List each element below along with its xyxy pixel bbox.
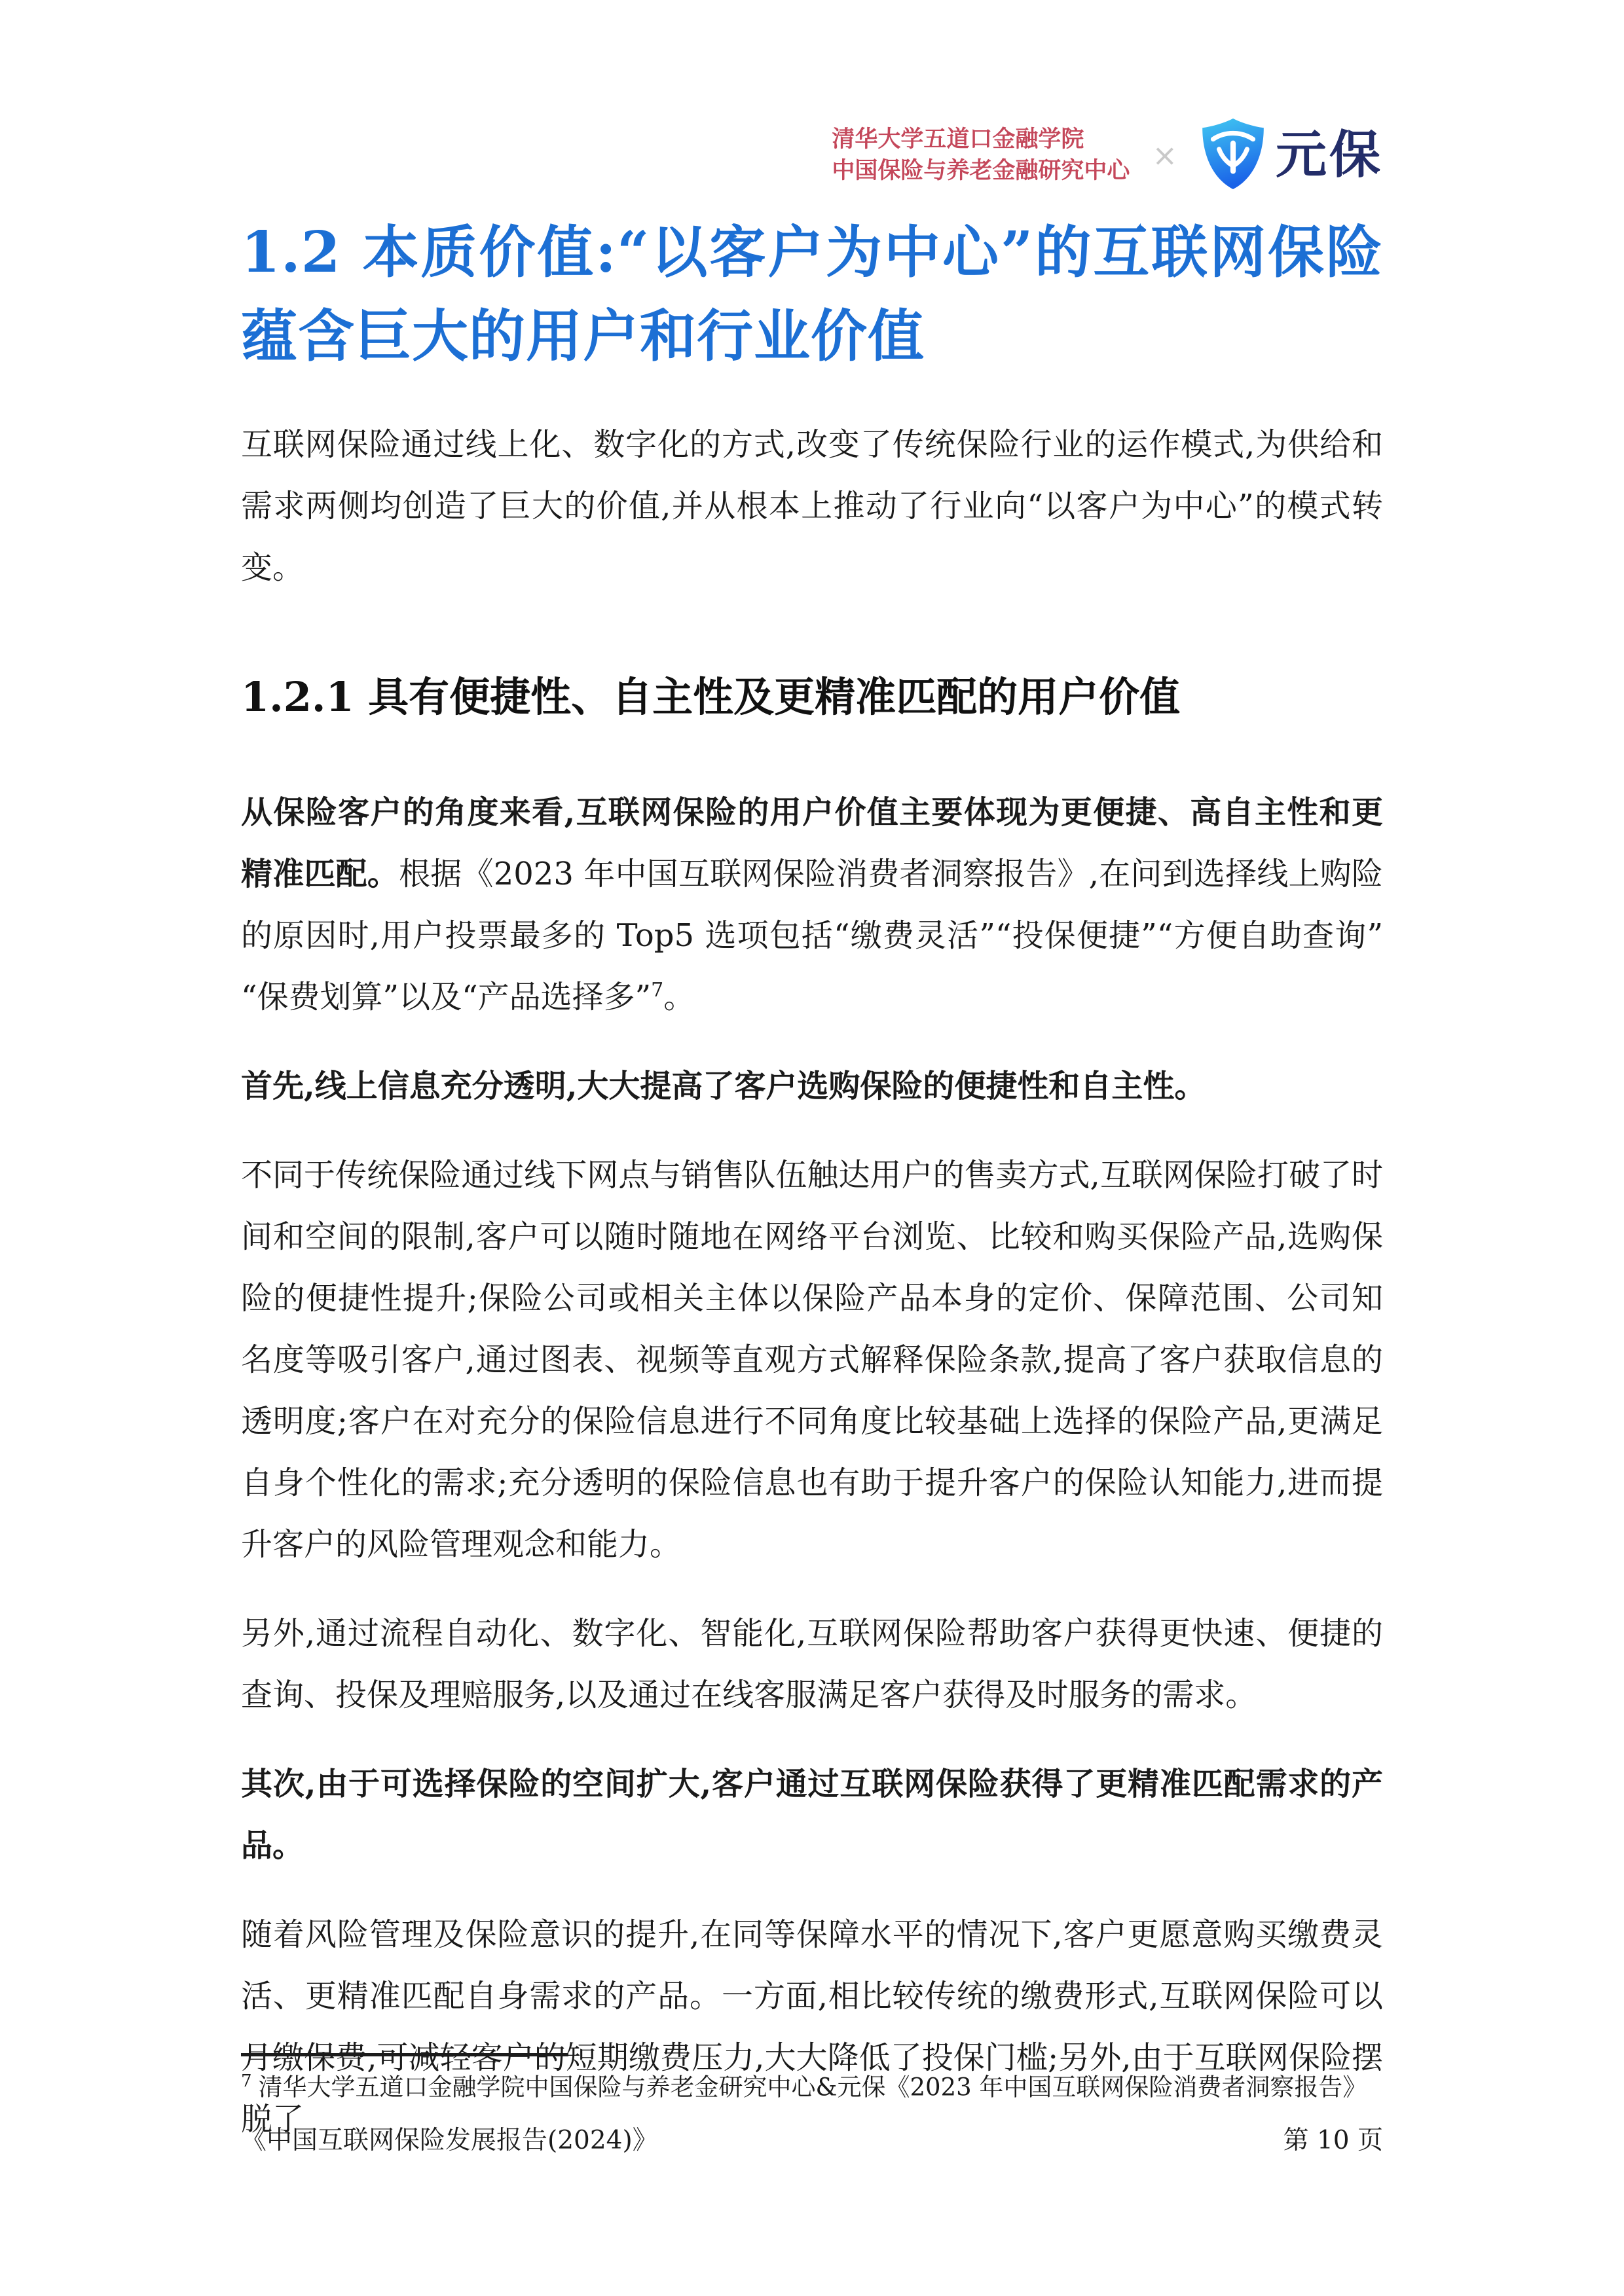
institution-line2: 中国保险与养老金融研究中心 [832, 155, 1130, 187]
paragraph-automation: 另外,通过流程自动化、数字化、智能化,互联网保险帮助客户获得更快速、便捷的查询、… [241, 1603, 1383, 1726]
report-page: 清华大学五道口金融学院 中国保险与养老金融研究中心 × [0, 0, 1624, 2296]
paragraph-second-point-bold: 其次,由于可选择保险的空间扩大,客户通过互联网保险获得了更精准匹配需求的产品。 [241, 1766, 1383, 1864]
section-title: 1.2 本质价值:“以客户为中心”的互联网保险蕴含巨大的用户和行业价值 [241, 211, 1383, 378]
footnote-divider [241, 2053, 568, 2056]
page-footer: 《中国互联网保险发展报告(2024)》 第 10 页 [241, 2123, 1383, 2159]
yuanbao-logo: 元保 [1200, 117, 1383, 194]
yuanbao-logo-text: 元保 [1276, 130, 1383, 181]
paragraph-matching: 随着风险管理及保险意识的提升,在同等保障水平的情况下,客户更愿意购买缴费灵活、更… [241, 1904, 1383, 2150]
document-body: 1.2 本质价值:“以客户为中心”的互联网保险蕴含巨大的用户和行业价值 互联网保… [241, 211, 1383, 2178]
multiply-separator: × [1152, 137, 1177, 173]
institution-name: 清华大学五道口金融学院 中国保险与养老金融研究中心 [832, 124, 1130, 187]
footer-page-number: 第 10 页 [1283, 2123, 1383, 2159]
paragraph-second-point: 其次,由于可选择保险的空间扩大,客户通过互联网保险获得了更精准匹配需求的产品。 [241, 1753, 1383, 1876]
paragraph-user-value-tail: 。 [663, 979, 695, 1015]
page-header: 清华大学五道口金融学院 中国保险与养老金融研究中心 × [832, 117, 1383, 194]
footnote-text: 清华大学五道口金融学院中国保险与养老金研究中心&元保《2023 年中国互联网保险… [259, 2073, 1367, 2101]
yuanbao-shield-icon [1200, 117, 1266, 194]
footer-book-title: 《中国互联网保险发展报告(2024)》 [241, 2123, 658, 2159]
paragraph-intro: 互联网保险通过线上化、数字化的方式,改变了传统保险行业的运作模式,为供给和需求两… [241, 414, 1383, 598]
paragraph-user-value-regular: 根据《2023 年中国互联网保险消费者洞察报告》,在问到选择线上购险的原因时,用… [241, 856, 1383, 1015]
subsection-title: 1.2.1 具有便捷性、自主性及更精准匹配的用户价值 [241, 669, 1383, 725]
paragraph-user-value: 从保险客户的角度来看,互联网保险的用户价值主要体现为更便捷、高自主性和更精准匹配… [241, 782, 1383, 1028]
footnote-reference-7: 7 [651, 979, 663, 1002]
institution-line1: 清华大学五道口金融学院 [832, 124, 1130, 155]
footnote: 7清华大学五道口金融学院中国保险与养老金研究中心&元保《2023 年中国互联网保… [241, 2064, 1383, 2105]
paragraph-first-point-bold: 首先,线上信息充分透明,大大提高了客户选购保险的便捷性和自主性。 [241, 1068, 1206, 1104]
paragraph-first-point: 首先,线上信息充分透明,大大提高了客户选购保险的便捷性和自主性。 [241, 1055, 1383, 1117]
footnote-marker: 7 [241, 2071, 252, 2091]
paragraph-transparency: 不同于传统保险通过线下网点与销售队伍触达用户的售卖方式,互联网保险打破了时间和空… [241, 1144, 1383, 1575]
